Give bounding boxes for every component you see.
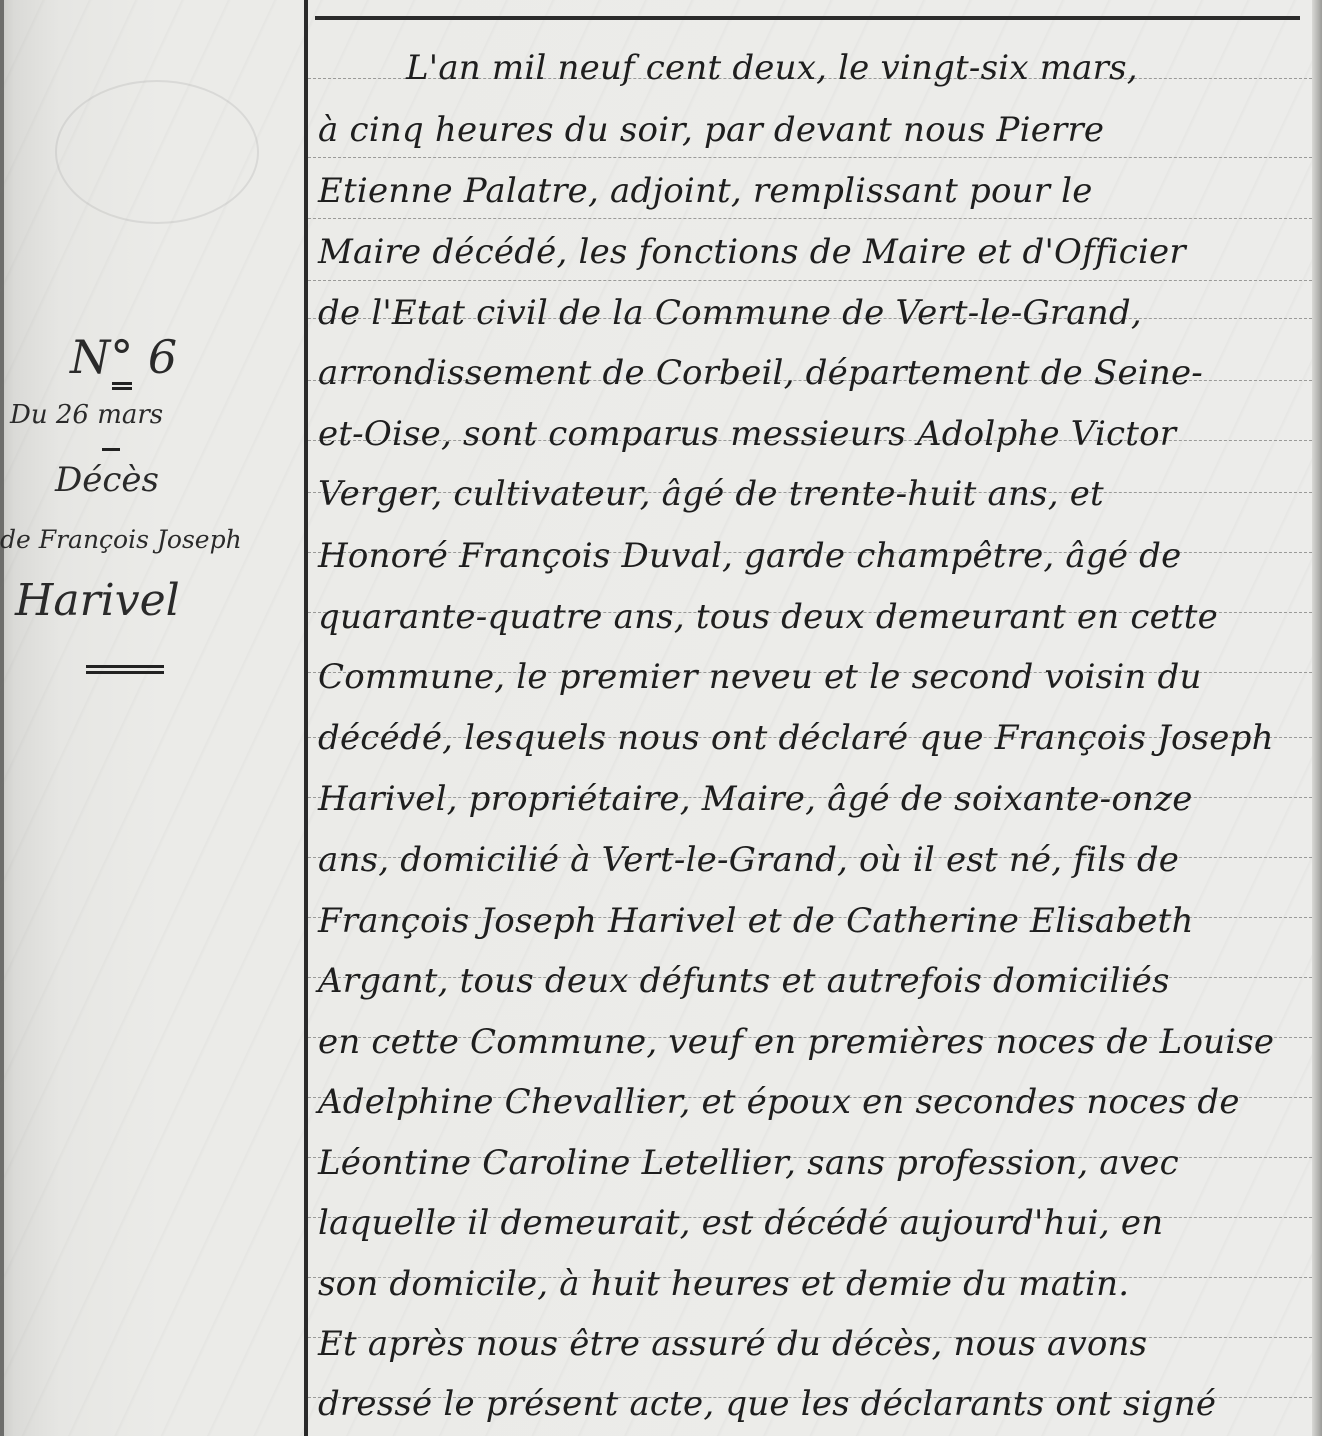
act-line: Commune, le premier neveu et le second v…: [318, 647, 1308, 707]
margin-bar: [86, 665, 164, 668]
act-line: Verger, cultivateur, âgé de trente-huit …: [318, 464, 1308, 524]
act-line: décédé, lesquels nous ont déclaré que Fr…: [318, 708, 1308, 768]
margin-bar: [112, 387, 132, 390]
act-line: et-Oise, sont comparus messieurs Adolphe…: [318, 404, 1308, 464]
act-line: quarante-quatre ans, tous deux demeurant…: [318, 587, 1308, 647]
act-line: Adelphine Chevallier, et époux en second…: [318, 1072, 1308, 1132]
act-line: Léontine Caroline Letellier, sans profes…: [318, 1133, 1308, 1193]
act-line: laquelle il demeurait, est décédé aujour…: [318, 1193, 1308, 1253]
register-page: N° 6 Du 26 mars Décès de François Joseph…: [0, 0, 1322, 1436]
act-line: arrondissement de Corbeil, département d…: [318, 343, 1308, 403]
act-line: son domicile, à huit heures et demie du …: [318, 1254, 1308, 1314]
act-line: à cinq heures du soir, par devant nous P…: [318, 100, 1308, 160]
act-line: de l'Etat civil de la Commune de Vert-le…: [318, 283, 1308, 343]
margin-bar: [102, 448, 120, 451]
act-line: Argant, tous deux défunts et autrefois d…: [318, 951, 1308, 1011]
page-right-edge: [1312, 0, 1322, 1436]
act-line: François Joseph Harivel et de Catherine …: [318, 891, 1308, 951]
margin-bar: [86, 671, 164, 674]
deceased-surname: Harivel: [15, 575, 180, 626]
act-line: L'an mil neuf cent deux, le vingt-six ma…: [318, 38, 1322, 98]
act-line: Honoré François Duval, garde champêtre, …: [318, 526, 1308, 586]
act-type: Décès: [55, 460, 159, 500]
act-line: Et après nous être assuré du décès, nous…: [318, 1314, 1308, 1374]
act-line: Harivel, propriétaire, Maire, âgé de soi…: [318, 769, 1308, 829]
faded-stamp: [55, 80, 259, 224]
act-line: ans, domicilié à Vert-le-Grand, où il es…: [318, 830, 1308, 890]
top-rule: [315, 16, 1300, 20]
margin-bar: [112, 382, 132, 385]
deceased-given-names: de François Joseph: [0, 525, 242, 554]
act-line: en cette Commune, veuf en premières noce…: [318, 1012, 1308, 1072]
act-line: Etienne Palatre, adjoint, remplissant po…: [318, 161, 1308, 221]
page-binding-edge: [0, 0, 4, 1436]
act-line: dressé le présent acte, que les déclaran…: [318, 1374, 1308, 1434]
act-number: N° 6: [70, 330, 177, 384]
act-date: Du 26 mars: [10, 400, 230, 430]
margin-rule: [304, 0, 308, 1436]
act-line: Maire décédé, les fonctions de Maire et …: [318, 222, 1308, 282]
